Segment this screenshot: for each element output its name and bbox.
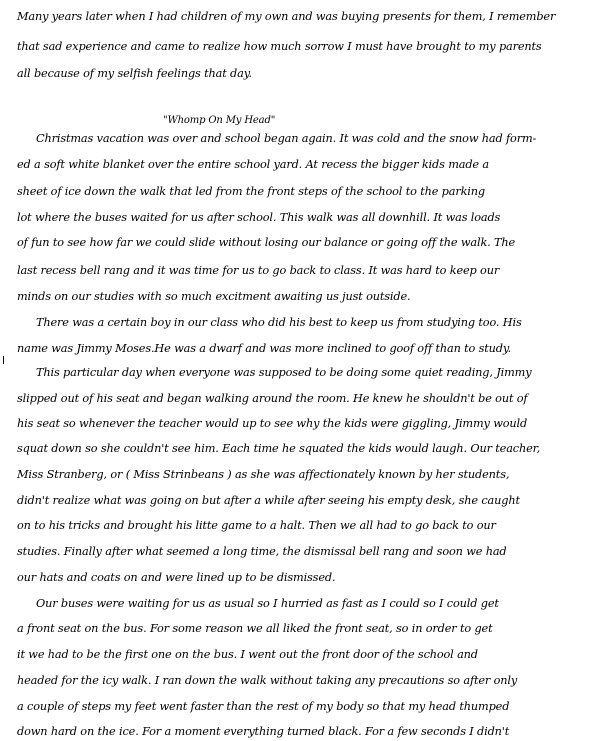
text-line: all because of my selfish feelings that … — [17, 67, 252, 80]
text-line: studies. Finally after what seemed a lon… — [17, 545, 507, 558]
text-line: that sad experience and came to realize … — [17, 40, 542, 53]
text-line: minds on our studies with so much excitm… — [17, 290, 410, 303]
text-line: Our buses were waiting for us as usual s… — [36, 597, 499, 610]
text-line: ed a soft white blanket over the entire … — [17, 158, 489, 171]
text-line: of fun to see how far we could slide wit… — [17, 236, 515, 249]
text-line: name was Jimmy Moses.He was a dwarf and … — [17, 342, 511, 355]
text-line: Miss Stranberg, or ( Miss Strinbeans ) a… — [17, 468, 509, 481]
text-line: Christmas vacation was over and school b… — [36, 132, 536, 145]
text-line: our hats and coats on and were lined up … — [17, 571, 335, 584]
text-line: didn't realize what was going on but aft… — [17, 494, 520, 507]
text-line: sheet of ice down the walk that led from… — [17, 185, 485, 198]
margin-mark — [3, 356, 4, 364]
text-line: down hard on the ice. For a moment every… — [17, 725, 509, 738]
story-title: "Whomp On My Head" — [163, 115, 275, 126]
text-line: squat down so she couldn't see him. Each… — [17, 442, 540, 455]
text-line: Many years later when I had children of … — [17, 10, 555, 23]
text-line: last recess bell rang and it was time fo… — [17, 264, 499, 277]
text-line: on to his tricks and brought his litte g… — [17, 519, 496, 532]
text-line: headed for the icy walk. I ran down the … — [17, 674, 517, 687]
text-line: it we had to be the first one on the bus… — [17, 648, 478, 661]
text-line: his seat so whenever the teacher would u… — [17, 417, 527, 430]
text-line: slipped out of his seat and began walkin… — [17, 392, 527, 405]
text-line: This particular day when everyone was su… — [36, 366, 531, 379]
text-line: lot where the buses waited for us after … — [17, 211, 500, 224]
text-line: a front seat on the bus. For some reason… — [17, 622, 492, 635]
scanned-document-page: Many years later when I had children of … — [0, 0, 597, 741]
text-line: a couple of steps my feet went faster th… — [17, 700, 509, 713]
text-line: There was a certain boy in our class who… — [36, 316, 522, 329]
